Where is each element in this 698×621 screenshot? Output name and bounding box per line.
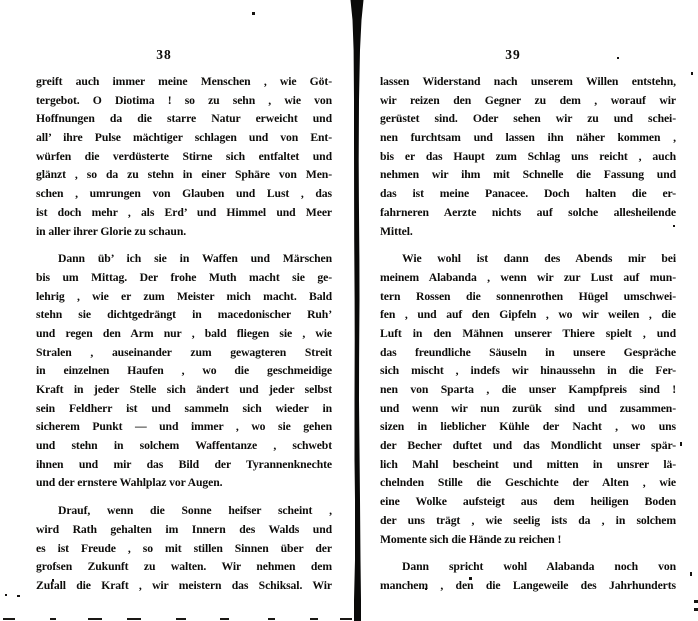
text-line: Stralen , auseinander zum gewagteren Str…: [36, 344, 332, 363]
scan-speck: [691, 72, 693, 75]
paragraph: Wie wohl ist dann des Abends mir beimein…: [380, 250, 676, 549]
text-line: sizen in lieblicher Kühle der Nacht , wo…: [380, 418, 676, 437]
text-line: glänzt , so da zu stehn in einer Sphäre …: [36, 166, 332, 185]
text-line: sich mischt , indefs wir hinaussehn in d…: [380, 362, 676, 381]
scan-speck: [5, 594, 7, 596]
bottom-edge-dash: [88, 618, 102, 620]
page-gutter-line: [344, 0, 370, 621]
text-line: und der ernstere Wahlplaz vor Augen.: [36, 474, 332, 493]
text-line: manchem , den die Langeweile des Jahrhun…: [380, 577, 676, 596]
text-line: der Becher duftet und das Mondlicht unse…: [380, 437, 676, 456]
text-line: sicherem Punkt — und immer , wo sie gehe…: [36, 418, 332, 437]
scan-speck: [17, 595, 20, 597]
scan-speck: [52, 579, 54, 581]
text-line: das freundliche Säuseln in unsere Gesprä…: [380, 344, 676, 363]
text-line: stehn sie dichtgedrängt in macedonischer…: [36, 306, 332, 325]
text-line: wird Rath gehalten im Innern des Walds u…: [36, 521, 332, 540]
scan-speck: [252, 12, 255, 15]
bottom-edge-dash: [220, 618, 229, 620]
text-line: Drauf, wenn die Sonne heifser scheint ,: [36, 502, 332, 521]
text-line: wir reizen den Gegner zu dem , worauf wi…: [380, 92, 676, 111]
bottom-edge-dash: [50, 618, 56, 620]
scan-speck: [469, 577, 472, 580]
paragraph: Drauf, wenn die Sonne heifser scheint ,w…: [36, 502, 332, 595]
page-number-left: 38: [147, 47, 181, 63]
text-line: der uns trägt , wie seelig ists da , in …: [380, 512, 676, 531]
text-line: meinem Alabanda , wenn wir zur Lust auf …: [380, 269, 676, 288]
bottom-edge-dash: [176, 618, 186, 620]
page-left-text: greift auch immer meine Menschen , wie G…: [36, 73, 332, 596]
text-line: ihnen und mir das Bild der Tyrannenknech…: [36, 456, 332, 475]
text-line: nehmen wir ihm mit Schnelle die Fassung …: [380, 166, 676, 185]
text-line: Zufall die Kraft , wir meistern das Schi…: [36, 577, 332, 596]
text-line: es ist Freude , so mit stillen Sinnen üb…: [36, 540, 332, 559]
scan-speck: [617, 57, 619, 59]
book-spread: 38 39 greift auch immer meine Menschen ,…: [0, 0, 698, 621]
scan-speck: [694, 608, 698, 611]
text-line: Luft in den Mähnen unserer Thiere spielt…: [380, 325, 676, 344]
text-line: Hoffnungen da die starre Natur erweicht …: [36, 110, 332, 129]
paragraph: greift auch immer meine Menschen , wie G…: [36, 73, 332, 241]
bottom-edge-dash: [340, 618, 352, 620]
text-line: in aller ihrer Glorie zu schaun.: [36, 223, 332, 242]
text-line: Dann spricht wohl Alabanda noch von: [380, 558, 676, 577]
text-line: und wenn wir nun zurük sind und zusammen…: [380, 400, 676, 419]
text-line: und stehn in solchem Waffentanze , schwe…: [36, 437, 332, 456]
text-line: Dann üb’ ich sie in Waffen und Märschen: [36, 250, 332, 269]
text-line: das ist meine Panacee. Doch halten die e…: [380, 185, 676, 204]
text-line: schen , umrungen von Glauben und Lust , …: [36, 185, 332, 204]
text-line: eine Wolke aufsteigt aus dem heiligen Bo…: [380, 493, 676, 512]
text-line: lich Mahl bescheint und mitten in unsrer…: [380, 456, 676, 475]
page-number-right: 39: [496, 47, 530, 63]
text-line: Mittel.: [380, 223, 676, 242]
text-line: in einzelnen Haufen , wo die geschmeidig…: [36, 362, 332, 381]
text-line: fen , und auf den Gipfeln , wo wir weile…: [380, 306, 676, 325]
text-line: greift auch immer meine Menschen , wie G…: [36, 73, 332, 92]
scan-speck: [425, 588, 427, 590]
scan-speck: [680, 442, 682, 446]
text-line: nen furchtsam und lassen ihn näher komme…: [380, 129, 676, 148]
scan-speck: [690, 572, 692, 576]
text-line: lehrig , wie er zum Meister mich macht. …: [36, 288, 332, 307]
text-line: fahrneren Aerzte nichts auf solche alles…: [380, 204, 676, 223]
text-line: grofsen Zukunft zu walten. Wir nehmen de…: [36, 558, 332, 577]
text-line: tern Rossen die sonnenrothen Hügel umsch…: [380, 288, 676, 307]
text-line: Wie wohl ist dann des Abends mir bei: [380, 250, 676, 269]
bottom-edge-dash: [268, 618, 275, 620]
text-line: sein Feldherr ist und sammeln sich wiede…: [36, 400, 332, 419]
paragraph: Dann üb’ ich sie in Waffen und Märschenb…: [36, 250, 332, 493]
text-line: nen von Sparta , die unser Kampfpreis si…: [380, 381, 676, 400]
text-line: ist doch mehr , als Erd’ und Himmel und …: [36, 204, 332, 223]
text-line: bis er das Haupt zum Schlag uns reicht ,…: [380, 148, 676, 167]
text-line: gerüstet sind. Oder sehen wir zu und sch…: [380, 110, 676, 129]
text-line: Kraft in jeder Stelle sich ändert und je…: [36, 381, 332, 400]
scan-speck: [694, 600, 698, 603]
page-right-text: lassen Widerstand nach unserem Willen en…: [380, 73, 676, 596]
text-line: all’ ihre Pulse mächtiger schlagen und v…: [36, 129, 332, 148]
bottom-edge-dash: [3, 618, 15, 620]
paragraph: lassen Widerstand nach unserem Willen en…: [380, 73, 676, 241]
text-line: würfen die verdüsterte Stirne sich entfa…: [36, 148, 332, 167]
text-line: Momente sich die Hände zu reichen !: [380, 531, 676, 550]
text-line: chelnden Stille die Geschichte der Alten…: [380, 474, 676, 493]
bottom-edge-dash: [310, 618, 318, 620]
text-line: und regen den Arm nur , bald fliegen sie…: [36, 325, 332, 344]
text-line: lassen Widerstand nach unserem Willen en…: [380, 73, 676, 92]
bottom-edge-dash: [127, 618, 141, 620]
text-line: tergebot. O Diotima ! so zu sehn , wie v…: [36, 92, 332, 111]
scan-speck: [673, 225, 675, 227]
text-line: bis um Mittag. Der frohe Muth macht sie …: [36, 269, 332, 288]
